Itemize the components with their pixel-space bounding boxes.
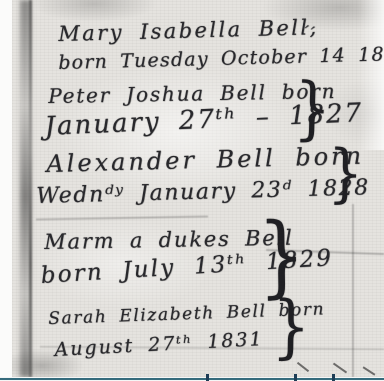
grouping-brace: } bbox=[271, 292, 310, 362]
clipped-ui-strip bbox=[0, 377, 384, 381]
column-divider-tick bbox=[332, 374, 335, 381]
book-binding-line bbox=[29, 0, 32, 377]
column-divider-tick bbox=[294, 374, 297, 381]
scanned-register-page: Mary Isabella Bell, ′′ born Tuesday Octo… bbox=[0, 0, 384, 381]
grouping-brace: } bbox=[293, 73, 332, 143]
table-top-border bbox=[0, 378, 384, 380]
column-divider-tick bbox=[206, 374, 209, 381]
grouping-brace: } bbox=[328, 142, 364, 206]
left-margin-strip bbox=[0, 0, 12, 381]
column-line bbox=[352, 204, 354, 377]
